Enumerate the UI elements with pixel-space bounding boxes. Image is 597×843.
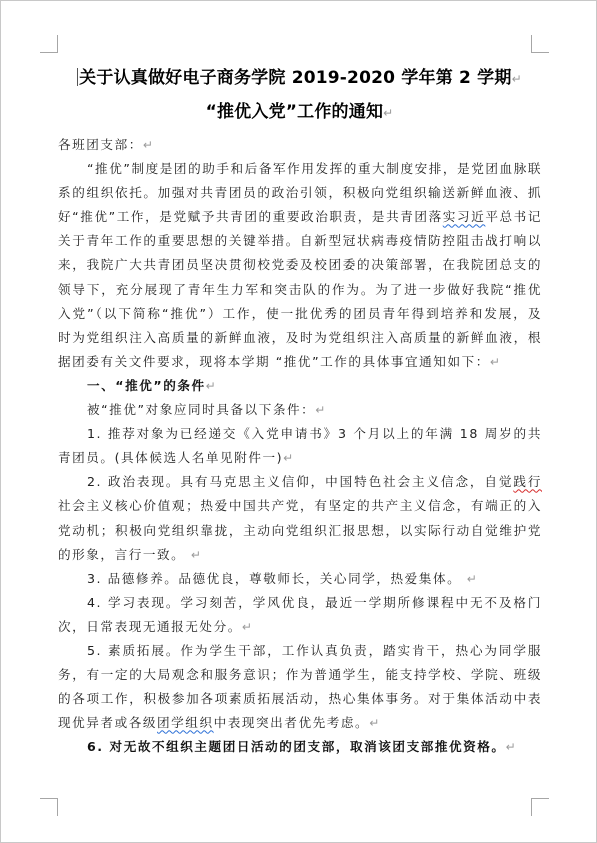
paragraph-mark-icon: ↵ bbox=[490, 355, 502, 369]
grammar-flagged-text[interactable]: 实习近 bbox=[443, 209, 486, 224]
condition-text: 1. 推荐对象为已经递交《入党申请书》3 个月以上的年满 18 周岁的共青团员。… bbox=[58, 426, 542, 465]
crop-mark-top-right bbox=[531, 35, 549, 53]
condition-item-5: 5. 素质拓展。作为学生干部，工作认真负责，踏实肯干，热心为同学服务，有一定的大… bbox=[58, 639, 542, 735]
paragraph-mark-icon: ↵ bbox=[191, 548, 203, 562]
condition-text: 3. 品德修养。品德优良，尊敬师长，关心同学，热爱集体。 bbox=[87, 571, 467, 586]
section-intro: 被“推优”对象应同时具备以下条件：↵ bbox=[58, 398, 542, 422]
paragraph-mark-icon: ↵ bbox=[315, 403, 327, 417]
intro-paragraph: “推优”制度是团的助手和后备军作用发挥的重大制度安排，是党团血脉联系的组织依托。… bbox=[58, 157, 542, 374]
title-line2-text: “推优入党”工作的通知 bbox=[206, 102, 384, 122]
condition-text: 2. 政治表现。具有马克思主义信仰，中国特色社会主义信念，自觉 bbox=[87, 474, 513, 489]
paragraph-mark-icon: ↵ bbox=[506, 740, 518, 754]
condition-item-2: 2. 政治表现。具有马克思主义信仰，中国特色社会主义信念，自觉践行社会主义核心价… bbox=[58, 470, 542, 566]
paragraph-mark-icon: ↵ bbox=[369, 716, 381, 730]
spelling-flagged-text[interactable]: 践行 bbox=[513, 474, 542, 489]
section-heading-conditions: 一、“推优”的条件↵ bbox=[58, 374, 542, 398]
grammar-flagged-text[interactable]: 团学组织 bbox=[157, 715, 214, 730]
crop-mark-bottom-left bbox=[40, 798, 58, 816]
crop-mark-bottom-right bbox=[531, 798, 549, 816]
condition-item-3: 3. 品德修养。品德优良，尊敬师长，关心同学，热爱集体。 ↵ bbox=[58, 567, 542, 591]
condition-item-1: 1. 推荐对象为已经递交《入党申请书》3 个月以上的年满 18 周岁的共青团员。… bbox=[58, 422, 542, 470]
paragraph-mark-icon: ↵ bbox=[383, 106, 393, 120]
salutation-text: 各班团支部： bbox=[58, 137, 143, 152]
paragraph-mark-icon: ↵ bbox=[206, 379, 218, 393]
paragraph-mark-icon: ↵ bbox=[242, 620, 254, 634]
paragraph-mark-icon: ↵ bbox=[143, 138, 155, 152]
crop-mark-top-left bbox=[40, 35, 58, 53]
paragraph-mark-icon: ↵ bbox=[467, 572, 479, 586]
section-intro-text: 被“推优”对象应同时具备以下条件： bbox=[87, 402, 315, 417]
condition-item-6: 6. 对无故不组织主题团日活动的团支部，取消该团支部推优资格。↵ bbox=[58, 735, 542, 759]
section-heading-text: 一、“推优”的条件 bbox=[87, 378, 206, 393]
document-title-line2[interactable]: “推优入党”工作的通知↵ bbox=[1, 97, 597, 122]
condition-text: 6. 对无故不组织主题团日活动的团支部，取消该团支部推优资格。 bbox=[87, 739, 506, 754]
intro-text-part2: 平总书记关于青年工作的重要思想的关键举措。自新型冠状病毒疫情防控阻击战打响以来，… bbox=[58, 209, 542, 369]
salutation: 各班团支部：↵ bbox=[58, 133, 542, 157]
condition-item-4: 4. 学习表现。学习刻苦，学风优良，最近一学期所修课程中无不及格门次，日常表现无… bbox=[58, 591, 542, 639]
paragraph-mark-icon: ↵ bbox=[283, 451, 295, 465]
condition-text: 中表现突出者优先考虑。 bbox=[214, 715, 370, 730]
document-title-line1[interactable]: 关于认真做好电子商务学院 2019-2020 学年第 2 学期↵ bbox=[1, 63, 597, 88]
title-line1-text: 关于认真做好电子商务学院 2019-2020 学年第 2 学期 bbox=[79, 68, 511, 88]
condition-text: 4. 学习表现。学习刻苦，学风优良，最近一学期所修课程中无不及格门次，日常表现无… bbox=[58, 595, 542, 634]
condition-text: 社会主义核心价值观；热爱中国共产党，有坚定的共产主义信念，有端正的入党动机；积极… bbox=[58, 498, 542, 561]
paragraph-mark-icon: ↵ bbox=[512, 72, 522, 86]
document-page: 关于认真做好电子商务学院 2019-2020 学年第 2 学期↵ “推优入党”工… bbox=[0, 0, 597, 843]
document-body[interactable]: 各班团支部：↵ “推优”制度是团的助手和后备军作用发挥的重大制度安排，是党团血脉… bbox=[58, 133, 542, 759]
